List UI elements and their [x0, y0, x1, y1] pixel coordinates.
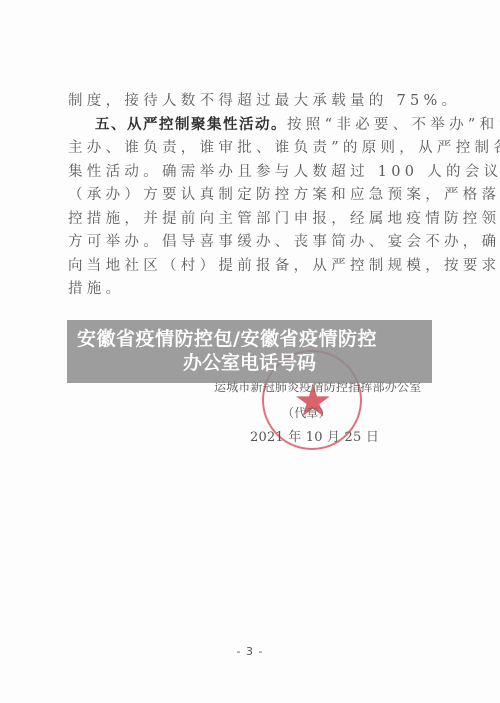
banner-title-line-2: 办公室电话号码	[67, 351, 432, 375]
body-line: 集性活动。确需举办且参与人数超过 100 人的会议和活动，主办	[68, 161, 446, 185]
line-text: 方可举办。倡导喜事缓办、丧事简办、宴会不办，确需举办的须	[68, 234, 500, 250]
line-text: 制度，接待人数不得超过最大承载量的 75%。	[68, 93, 460, 109]
banner-title-line-1: 安徽省疫情防控包/安徽省疫情防控	[67, 327, 432, 351]
line-text: 措施。	[68, 281, 124, 297]
body-line: 方可举办。倡导喜事缓办、丧事简办、宴会不办，确需举办的须	[68, 231, 446, 255]
section-heading: 五、从严控制聚集性活动。	[95, 117, 287, 133]
document-body: 制度，接待人数不得超过最大承载量的 75%。 五、从严控制聚集性活动。按照“非必…	[68, 90, 446, 302]
body-line: 主办、谁负责，谁审批、谁负责”的原则，从严控制各类人员聚	[68, 137, 446, 161]
seal-note: （代章）	[282, 404, 331, 421]
section-heading-line: 五、从严控制聚集性活动。按照“非必要、不举办”和“谁	[68, 114, 446, 138]
body-line: （承办）方要认真制定防控方案和应急预案，严格落实常态化防	[68, 184, 446, 208]
line-text: 控措施，并提前向主管部门申报，经属地疫情防控领导小组同意	[68, 211, 500, 227]
line-text: 集性活动。确需举办且参与人数超过 100 人的会议和活动，主办	[68, 164, 500, 180]
line-text: 按照“非必要、不举办”和“谁	[287, 117, 500, 133]
line-text: 主办、谁负责，谁审批、谁负责”的原则，从严控制各类人员聚	[68, 140, 500, 156]
body-line: 制度，接待人数不得超过最大承载量的 75%。	[68, 90, 446, 114]
page-number: - 3 -	[0, 645, 500, 658]
body-line: 措施。	[68, 278, 446, 302]
title-overlay-banner: 安徽省疫情防控包/安徽省疫情防控 办公室电话号码	[67, 320, 432, 383]
body-line: 控措施，并提前向主管部门申报，经属地疫情防控领导小组同意	[68, 208, 446, 232]
body-line: 向当地社区（村）提前报备，从严控制规模，按要求落实好防控	[68, 255, 446, 279]
line-text: （承办）方要认真制定防控方案和应急预案，严格落实常态化防	[68, 187, 500, 203]
signature-date: 2021 年 10 月 25 日	[250, 426, 379, 445]
line-text: 向当地社区（村）提前报备，从严控制规模，按要求落实好防控	[68, 258, 500, 274]
